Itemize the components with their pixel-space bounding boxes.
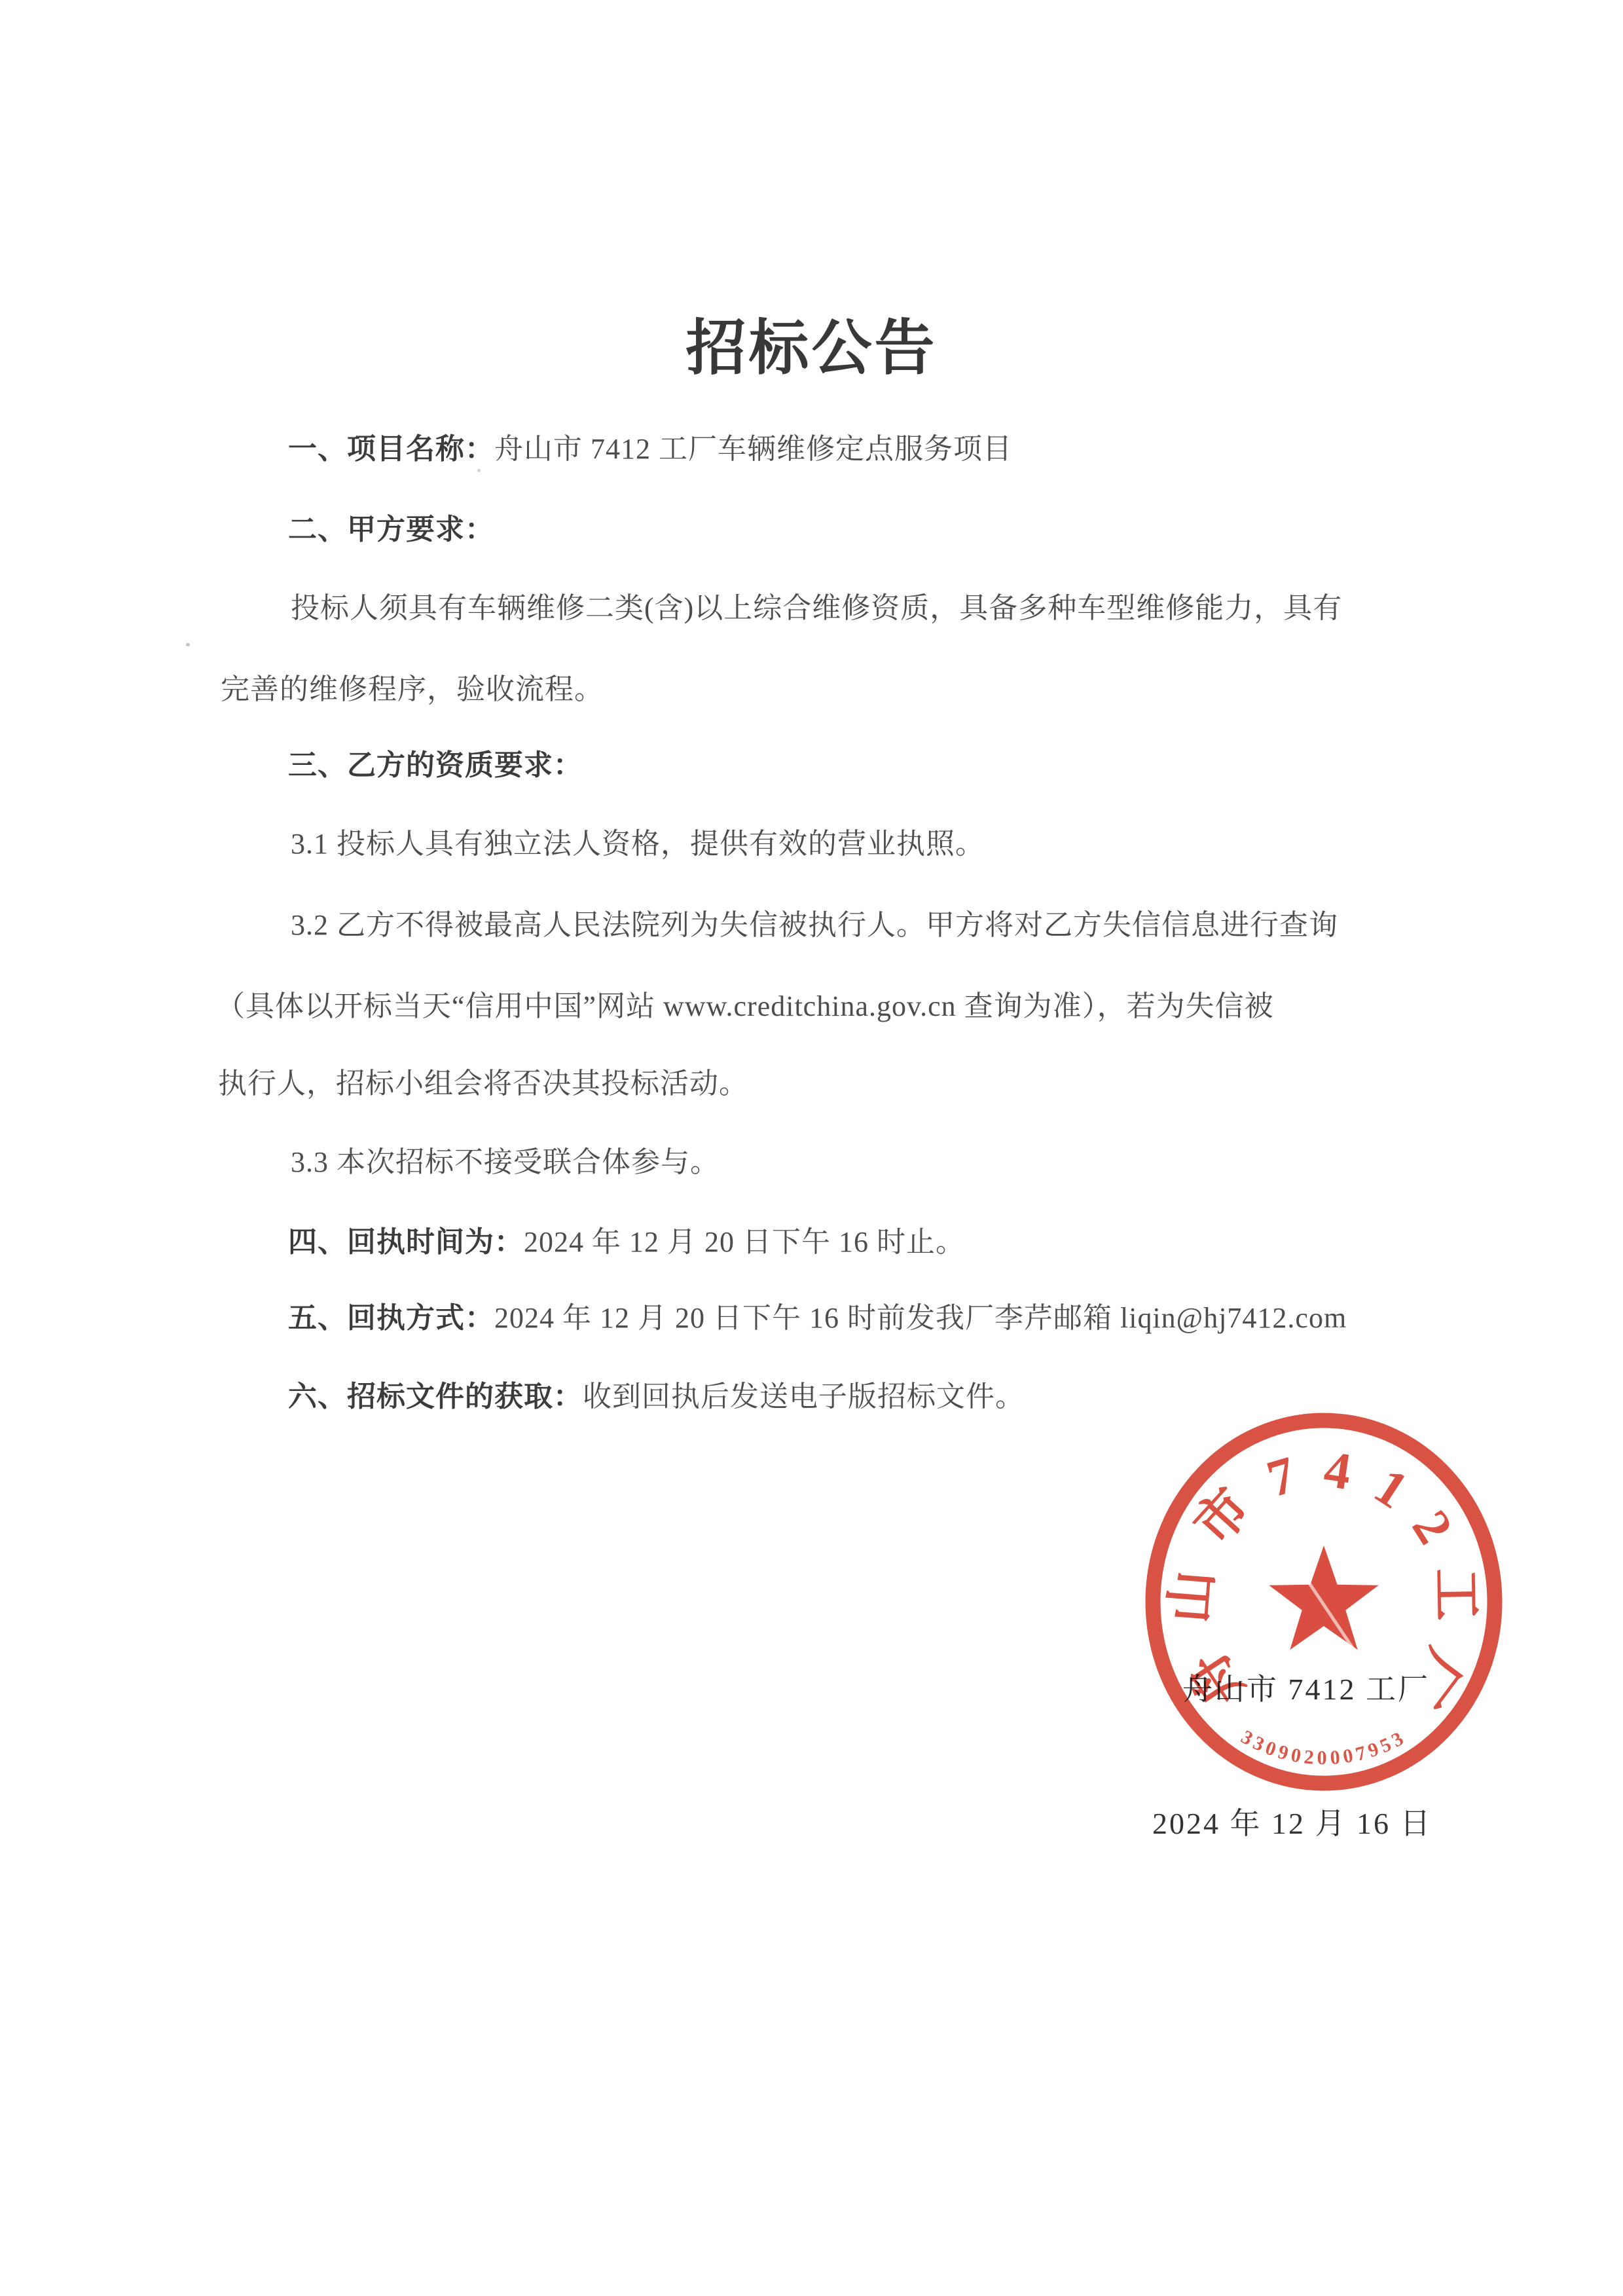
- paragraph-line-3-2-cont2: 执行人，招标小组会将否决其投标活动。: [218, 1067, 748, 1102]
- red-star-icon: [1269, 1546, 1378, 1650]
- stamp-serial-group: 3309020007953: [1237, 1726, 1410, 1769]
- section-text: （具体以开标当天“信用中国”网站 www.creditchina.gov.cn …: [216, 990, 1274, 1022]
- section-text: 2024 年 12 月 20 日下午 16 时前发我厂李芹邮箱 liqin@hj…: [494, 1302, 1347, 1334]
- paragraph-line-3-3: 3.3 本次招标不接受联合体参与。: [291, 1145, 720, 1180]
- scan-speck: [186, 643, 190, 646]
- section-text: 3.1 投标人具有独立法人资格，提供有效的营业执照。: [291, 828, 985, 860]
- stamp-serial-number: 3309020007953: [1237, 1726, 1410, 1769]
- paragraph-line-3-1: 3.1 投标人具有独立法人资格，提供有效的营业执照。: [291, 827, 985, 862]
- section-text: 舟山市 7412 工厂车辆维修定点服务项目: [494, 433, 1012, 465]
- section-label: 二、甲方要求：: [288, 513, 494, 546]
- section-text: 完善的维修程序，验收流程。: [221, 673, 604, 705]
- paragraph-line-3-2: 3.2 乙方不得被最高人民法院列为失信被执行人。甲方将对乙方失信信息进行查询: [291, 908, 1338, 943]
- paragraph-line-requirement-1: 投标人须具有车辆维修二类(含)以上综合维修资质，具备多种车型维修能力，具有: [291, 591, 1342, 626]
- paragraph-line-3-2-cont1: （具体以开标当天“信用中国”网站 www.creditchina.gov.cn …: [216, 990, 1274, 1024]
- paragraph-line-reply-time: 四、回执时间为：2024 年 12 月 20 日下午 16 时止。: [288, 1225, 965, 1260]
- section-label: 六、招标文件的获取：: [288, 1380, 583, 1413]
- section-text: 2024 年 12 月 20 日下午 16 时止。: [524, 1226, 965, 1258]
- section-label: 四、回执时间为：: [288, 1226, 524, 1258]
- section-label: 五、回执方式：: [288, 1302, 494, 1334]
- section-text: 执行人，招标小组会将否决其投标活动。: [218, 1067, 748, 1100]
- paragraph-line-party-a-heading: 二、甲方要求：: [288, 513, 494, 547]
- scan-speck: [477, 469, 481, 472]
- document-title: 招标公告: [0, 318, 1623, 379]
- paragraph-line-reply-method: 五、回执方式：2024 年 12 月 20 日下午 16 时前发我厂李芹邮箱 l…: [288, 1301, 1347, 1336]
- section-label: 一、项目名称：: [288, 433, 494, 465]
- paragraph-line-document-obtain: 六、招标文件的获取：收到回执后发送电子版招标文件。: [288, 1380, 1025, 1415]
- paragraph-line-project-name: 一、项目名称：舟山市 7412 工厂车辆维修定点服务项目: [288, 432, 1012, 467]
- section-text: 投标人须具有车辆维修二类(含)以上综合维修资质，具备多种车型维修能力，具有: [291, 592, 1342, 624]
- company-seal-stamp: 舟山市7412工厂 3309020007953: [1106, 1365, 1552, 1837]
- section-text: 收到回执后发送电子版招标文件。: [583, 1380, 1025, 1413]
- scanned-document-page: 招标公告 一、项目名称：舟山市 7412 工厂车辆维修定点服务项目 二、甲方要求…: [0, 0, 1623, 2296]
- paragraph-line-party-b-heading: 三、乙方的资质要求：: [288, 749, 583, 783]
- section-label: 三、乙方的资质要求：: [288, 749, 583, 781]
- section-text: 3.2 乙方不得被最高人民法院列为失信被执行人。甲方将对乙方失信信息进行查询: [291, 909, 1338, 941]
- section-text: 3.3 本次招标不接受联合体参与。: [291, 1146, 720, 1178]
- paragraph-line-requirement-2: 完善的维修程序，验收流程。: [221, 673, 604, 707]
